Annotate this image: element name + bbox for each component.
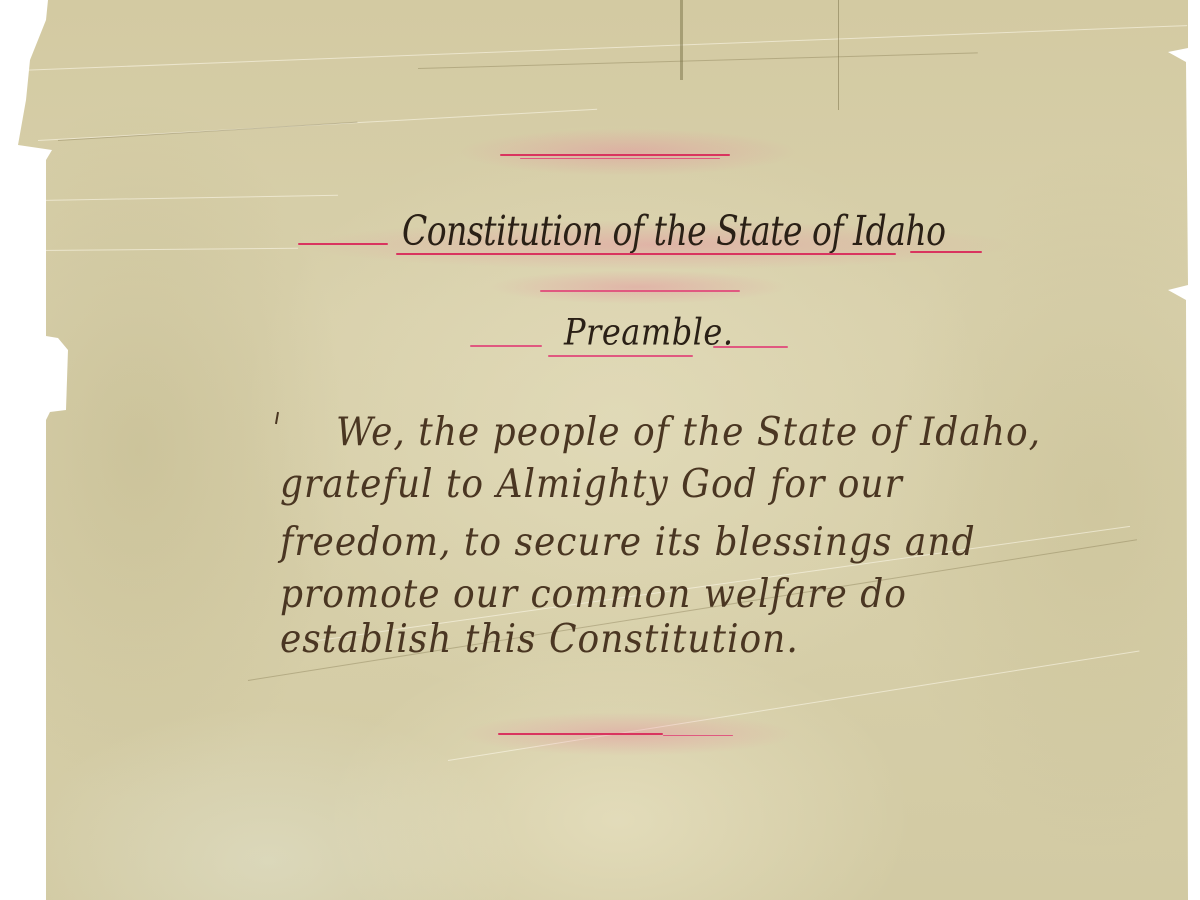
heading-rule-right	[713, 346, 788, 348]
paper-crease	[38, 195, 338, 201]
paper-crease	[58, 122, 358, 141]
paper-crease	[18, 25, 1187, 71]
decorative-red-rule	[500, 154, 730, 156]
document-title: Constitution of the State of Idaho	[402, 206, 946, 255]
title-underline-right	[910, 251, 982, 253]
decorative-red-rule	[520, 158, 720, 159]
title-underline	[396, 253, 896, 255]
title-underline-left	[298, 243, 388, 245]
paper-crease	[418, 52, 978, 69]
aged-paper-sheet: Constitution of the State of Idaho Pream…	[18, 0, 1188, 900]
document-scan: Constitution of the State of Idaho Pream…	[0, 0, 1200, 900]
paper-crack	[838, 0, 839, 110]
preamble-line: establish this Constitution.	[280, 617, 799, 662]
preamble-line: We, the people of the State of Idaho,	[336, 410, 1041, 455]
preamble-line: grateful to Almighty God for our	[280, 462, 903, 507]
preamble-line: freedom, to secure its blessings and	[280, 520, 976, 565]
decorative-red-rule	[663, 735, 733, 736]
ink-stain	[680, 0, 683, 80]
preamble-line: promote our common welfare do	[280, 572, 907, 617]
heading-rule-left	[470, 345, 542, 347]
preamble-heading: Preamble.	[564, 310, 734, 354]
decorative-red-rule	[540, 290, 740, 292]
heading-underline	[548, 355, 693, 357]
red-ink-haze	[488, 270, 788, 304]
paper-crease	[38, 248, 298, 251]
decorative-red-rule	[498, 733, 663, 735]
red-ink-haze	[458, 128, 798, 176]
margin-mark	[275, 412, 279, 424]
